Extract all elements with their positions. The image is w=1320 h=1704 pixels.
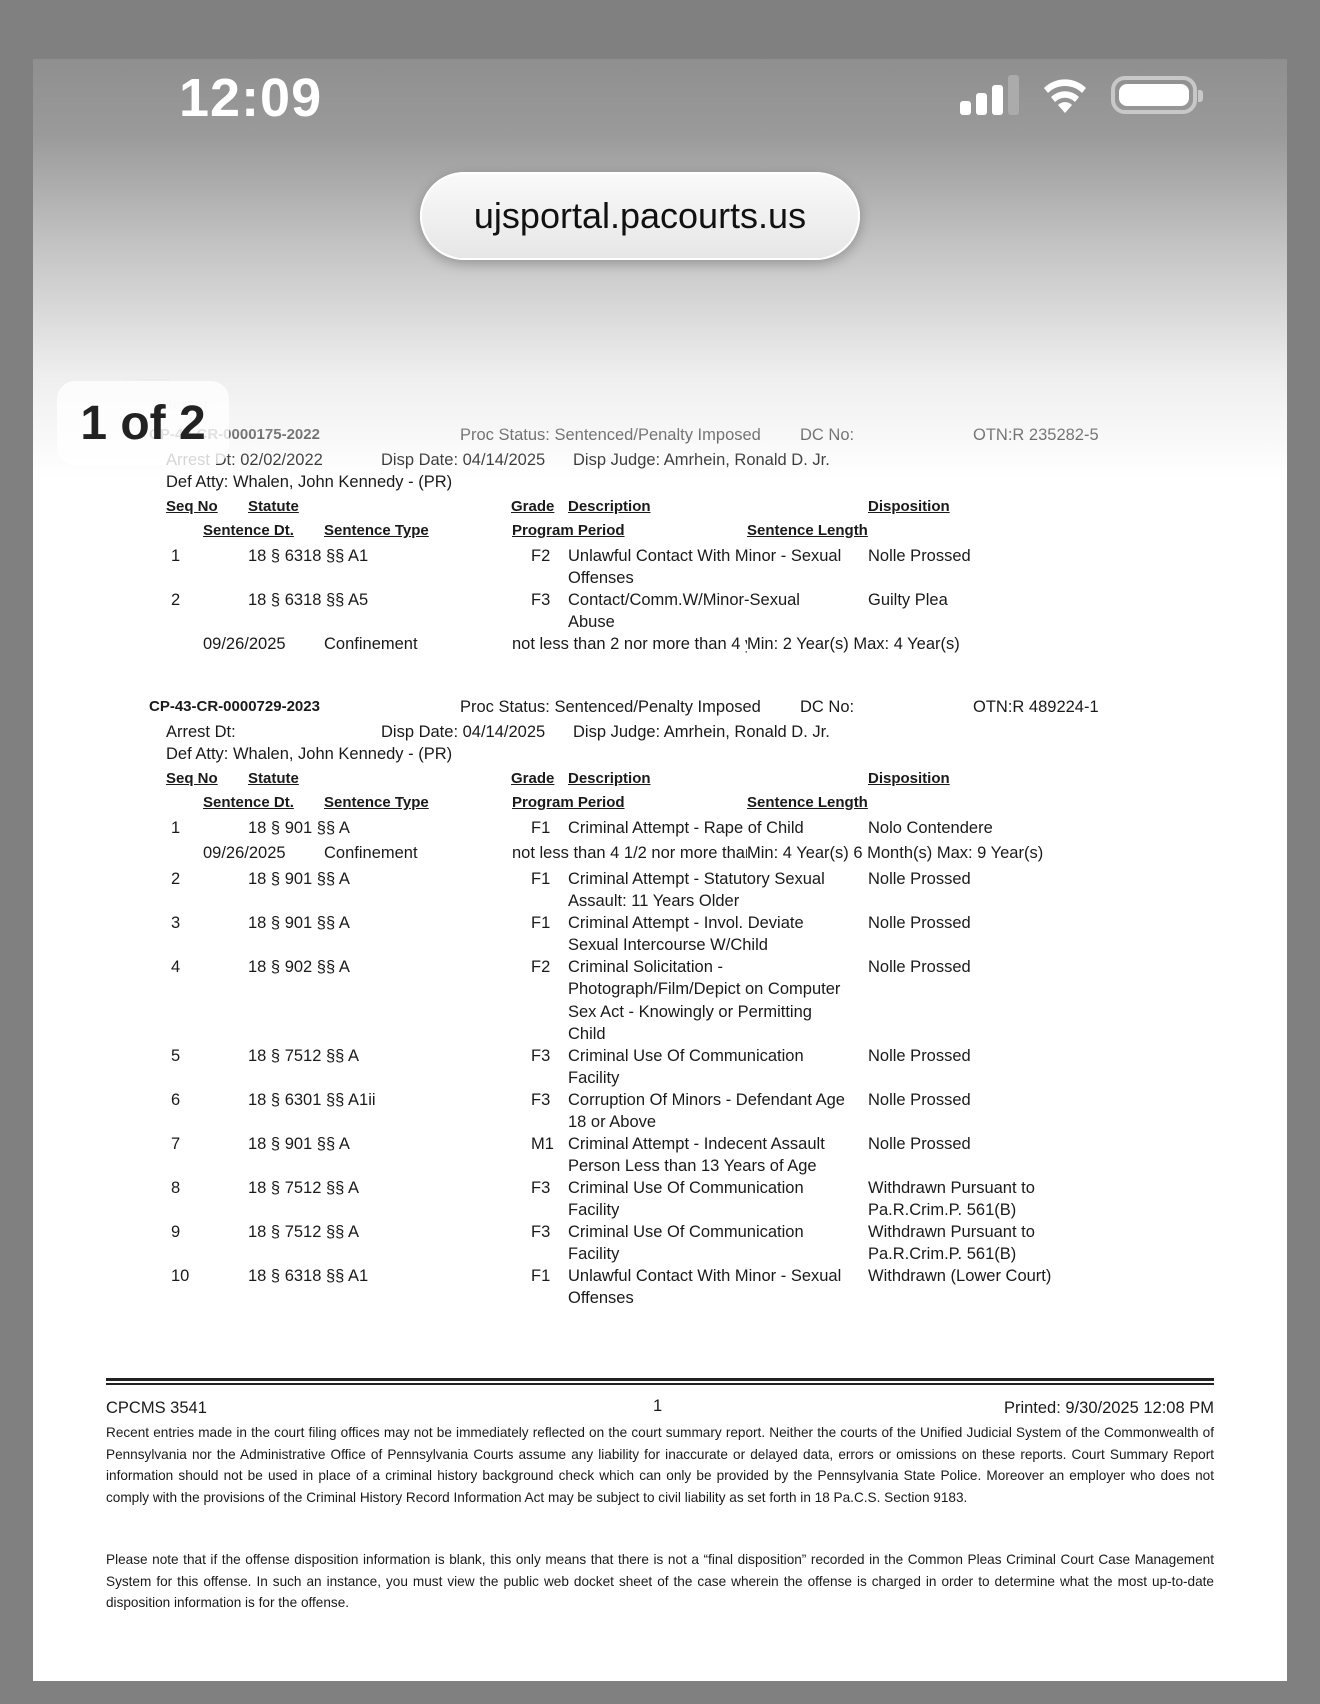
charge-description: Sexual Intercourse W/Child [568, 936, 768, 955]
status-time: 12:09 [179, 67, 322, 129]
sentence-date: 09/26/2025 [203, 844, 286, 863]
charge-seq: 1 [171, 819, 180, 838]
charge-statute: 18 § 7512 §§ A [248, 1179, 359, 1198]
disp-date: Disp Date: 04/14/2025 [381, 451, 545, 470]
charge-description: Criminal Attempt - Statutory Sexual [568, 870, 825, 889]
charge-description: Abuse [568, 613, 615, 632]
charge-description: Assault: 11 Years Older [568, 892, 739, 911]
footer-divider [106, 1378, 1214, 1385]
wifi-icon [1041, 75, 1089, 115]
charge-description: Facility [568, 1201, 619, 1220]
proc-status: Proc Status: Sentenced/Penalty Imposed [460, 426, 761, 445]
form-number: CPCMS 3541 [106, 1399, 207, 1418]
header-sentence-type: Sentence Type [324, 522, 429, 539]
charge-statute: 18 § 901 §§ A [248, 914, 350, 933]
charge-disposition: Nolle Prossed [868, 1091, 971, 1110]
court-name: Mercer County Court of Common Pleas [33, 137, 1287, 161]
charge-description: Criminal Use Of Communication [568, 1047, 804, 1066]
charge-grade: M1 [531, 1135, 554, 1154]
page-indicator: 1 of 2 [57, 381, 229, 465]
charge-grade: F1 [531, 1267, 550, 1286]
dc-number: DC No: [800, 698, 854, 717]
charge-description: Unlawful Contact With Minor - Sexual [568, 547, 841, 566]
header-sentence-type: Sentence Type [324, 794, 429, 811]
aliases-label: Aliases: [106, 283, 164, 302]
charge-seq: 6 [171, 1091, 180, 1110]
charge-description: Criminal Attempt - Rape of Child [568, 819, 804, 838]
charge-seq: 1 [171, 547, 180, 566]
charge-disposition: Nolle Prossed [868, 958, 971, 977]
charge-seq: 10 [171, 1267, 189, 1286]
charge-statute: 18 § 7512 §§ A [248, 1047, 359, 1066]
header-statute: Statute [248, 770, 299, 787]
alias: Bryan Wendell Stutzman [106, 305, 287, 324]
charge-description: Corruption Of Minors - Defendant Age [568, 1091, 845, 1110]
header-grade: Grade [511, 498, 554, 515]
proc-status: Proc Status: Sentenced/Penalty Imposed [460, 698, 761, 717]
charge-seq: 2 [171, 591, 180, 610]
charge-seq: 7 [171, 1135, 180, 1154]
dc-number: DC No: [800, 426, 854, 445]
otn-number: OTN:R 235282-5 [973, 426, 1099, 445]
charge-statute: 18 § 7512 §§ A [248, 1223, 359, 1242]
disp-judge: Disp Judge: Amrhein, Ronald D. Jr. [573, 723, 830, 742]
charge-disposition: Nolo Contendere [868, 819, 993, 838]
charge-grade: F1 [531, 819, 550, 838]
charge-description: Facility [568, 1245, 619, 1264]
charge-seq: 4 [171, 958, 180, 977]
charge-grade: F3 [531, 591, 550, 610]
charge-description: Person Less than 13 Years of Age [568, 1157, 817, 1176]
charge-seq: 3 [171, 914, 180, 933]
charge-description: Criminal Attempt - Indecent Assault [568, 1135, 825, 1154]
charge-description: Offenses [568, 1289, 634, 1308]
charge-seq: 5 [171, 1047, 180, 1066]
charge-disposition: Nolle Prossed [868, 1047, 971, 1066]
charge-statute: 18 § 901 §§ A [248, 870, 350, 889]
disp-date: Disp Date: 04/14/2025 [381, 723, 545, 742]
charge-description: Child [568, 1025, 606, 1044]
header-seq-no: Seq No [166, 770, 218, 787]
charge-disposition: Withdrawn Pursuant to [868, 1223, 1035, 1242]
battery-icon [1111, 76, 1197, 114]
charge-grade: F2 [531, 958, 550, 977]
charge-grade: F3 [531, 1091, 550, 1110]
header-program-period: Program Period [512, 522, 625, 539]
charge-disposition: Nolle Prossed [868, 870, 971, 889]
header-seq-no: Seq No [166, 498, 218, 515]
defendant-sex: Male [881, 239, 917, 258]
defense-attorney: Def Atty: Whalen, John Kennedy - (PR) [166, 473, 452, 492]
sentence-date: 09/26/2025 [203, 635, 286, 654]
sentence-type: Confinement [324, 844, 418, 863]
charge-description: Contact/Comm.W/Minor-Sexual [568, 591, 800, 610]
disclaimer-text: Recent entries made in the court filing … [106, 1422, 1214, 1508]
header-sentence-length: Sentence Length [747, 794, 868, 811]
otn-number: OTN:R 489224-1 [973, 698, 1099, 717]
disp-judge: Disp Judge: Amrhein, Ronald D. Jr. [573, 451, 830, 470]
phone-screen: Mercer County Court of Common Pleas Cour… [33, 59, 1287, 1681]
charge-disposition: Nolle Prossed [868, 1135, 971, 1154]
defendant-address: Sandy Lake, PA 16145 [106, 261, 273, 280]
charge-disposition: Withdrawn Pursuant to [868, 1179, 1035, 1198]
header-sentence-date: Sentence Dt. [203, 794, 294, 811]
charge-grade: F3 [531, 1047, 550, 1066]
sentence-type: Confinement [324, 635, 418, 654]
charge-statute: 18 § 902 §§ A [248, 958, 350, 977]
header-description: Description [568, 770, 651, 787]
url-bar[interactable]: ujsportal.pacourts.us [420, 172, 860, 260]
charge-grade: F1 [531, 914, 550, 933]
charge-description: Criminal Solicitation - [568, 958, 723, 977]
defendant-name: Stutzman, Bryan Wendell [106, 239, 304, 258]
charge-disposition: Nolle Prossed [868, 914, 971, 933]
charge-description: Sex Act - Knowingly or Permitting [568, 1003, 812, 1022]
header-grade: Grade [511, 770, 554, 787]
header-description: Description [568, 498, 651, 515]
charge-seq: 2 [171, 870, 180, 889]
program-period: not less than 4 1/2 nor more than [512, 844, 747, 863]
charge-disposition: Guilty Plea [868, 591, 948, 610]
printed-timestamp: Printed: 9/30/2025 12:08 PM [1004, 1399, 1214, 1418]
charge-description: Unlawful Contact With Minor - Sexual [568, 1267, 841, 1286]
charge-description: Photograph/Film/Depict on Computer [568, 980, 840, 999]
charge-statute: 18 § 6318 §§ A5 [248, 591, 368, 610]
defense-attorney: Def Atty: Whalen, John Kennedy - (PR) [166, 745, 452, 764]
charge-statute: 18 § 6318 §§ A1 [248, 547, 368, 566]
charge-description: Criminal Attempt - Invol. Deviate [568, 914, 804, 933]
defendant-race: Race: White [841, 305, 931, 324]
charge-grade: F3 [531, 1179, 550, 1198]
header-sentence-date: Sentence Dt. [203, 522, 294, 539]
header-statute: Statute [248, 498, 299, 515]
defendant-eyes: Eyes: Hazel [841, 261, 929, 280]
charge-disposition: Withdrawn (Lower Court) [868, 1267, 1051, 1286]
charge-grade: F1 [531, 870, 550, 889]
program-period: not less than 2 nor more than 4 ye [512, 635, 747, 654]
charge-statute: 18 § 901 §§ A [248, 1135, 350, 1154]
status-icons [960, 75, 1197, 115]
cellular-signal-icon [960, 75, 1019, 115]
page-number: 1 [653, 1397, 662, 1416]
charge-seq: 9 [171, 1223, 180, 1242]
court-summary-document: Mercer County Court of Common Pleas Cour… [33, 59, 1287, 1681]
header-disposition: Disposition [868, 498, 950, 515]
charge-description: Offenses [568, 569, 634, 588]
charge-seq: 8 [171, 1179, 180, 1198]
disposition-note: Please note that if the offense disposit… [106, 1549, 1214, 1614]
charge-description: Facility [568, 1069, 619, 1088]
charge-grade: F2 [531, 547, 550, 566]
charge-description: Criminal Use Of Communication [568, 1223, 804, 1242]
charge-description: 18 or Above [568, 1113, 656, 1132]
header-disposition: Disposition [868, 770, 950, 787]
docket-number[interactable]: CP-43-CR-0000729-2023 [149, 698, 320, 715]
charge-disposition: Nolle Prossed [868, 547, 971, 566]
charge-grade: F3 [531, 1223, 550, 1242]
charge-disposition-cont: Pa.R.Crim.P. 561(B) [868, 1245, 1016, 1264]
sentence-length: Min: 4 Year(s) 6 Month(s) Max: 9 Year(s) [747, 844, 1043, 863]
header-sentence-length: Sentence Length [747, 522, 868, 539]
charge-statute: 18 § 6318 §§ A1 [248, 1267, 368, 1286]
sentence-length: Min: 2 Year(s) Max: 4 Year(s) [747, 635, 960, 654]
header-program-period: Program Period [512, 794, 625, 811]
arrest-date: Arrest Dt: [166, 723, 236, 742]
defendant-hair: Hair: Red or Auburn [841, 283, 987, 302]
charge-description: Criminal Use Of Communication [568, 1179, 804, 1198]
charge-statute: 18 § 901 §§ A [248, 819, 350, 838]
charge-disposition-cont: Pa.R.Crim.P. 561(B) [868, 1201, 1016, 1220]
charge-statute: 18 § 6301 §§ A1ii [248, 1091, 376, 1110]
